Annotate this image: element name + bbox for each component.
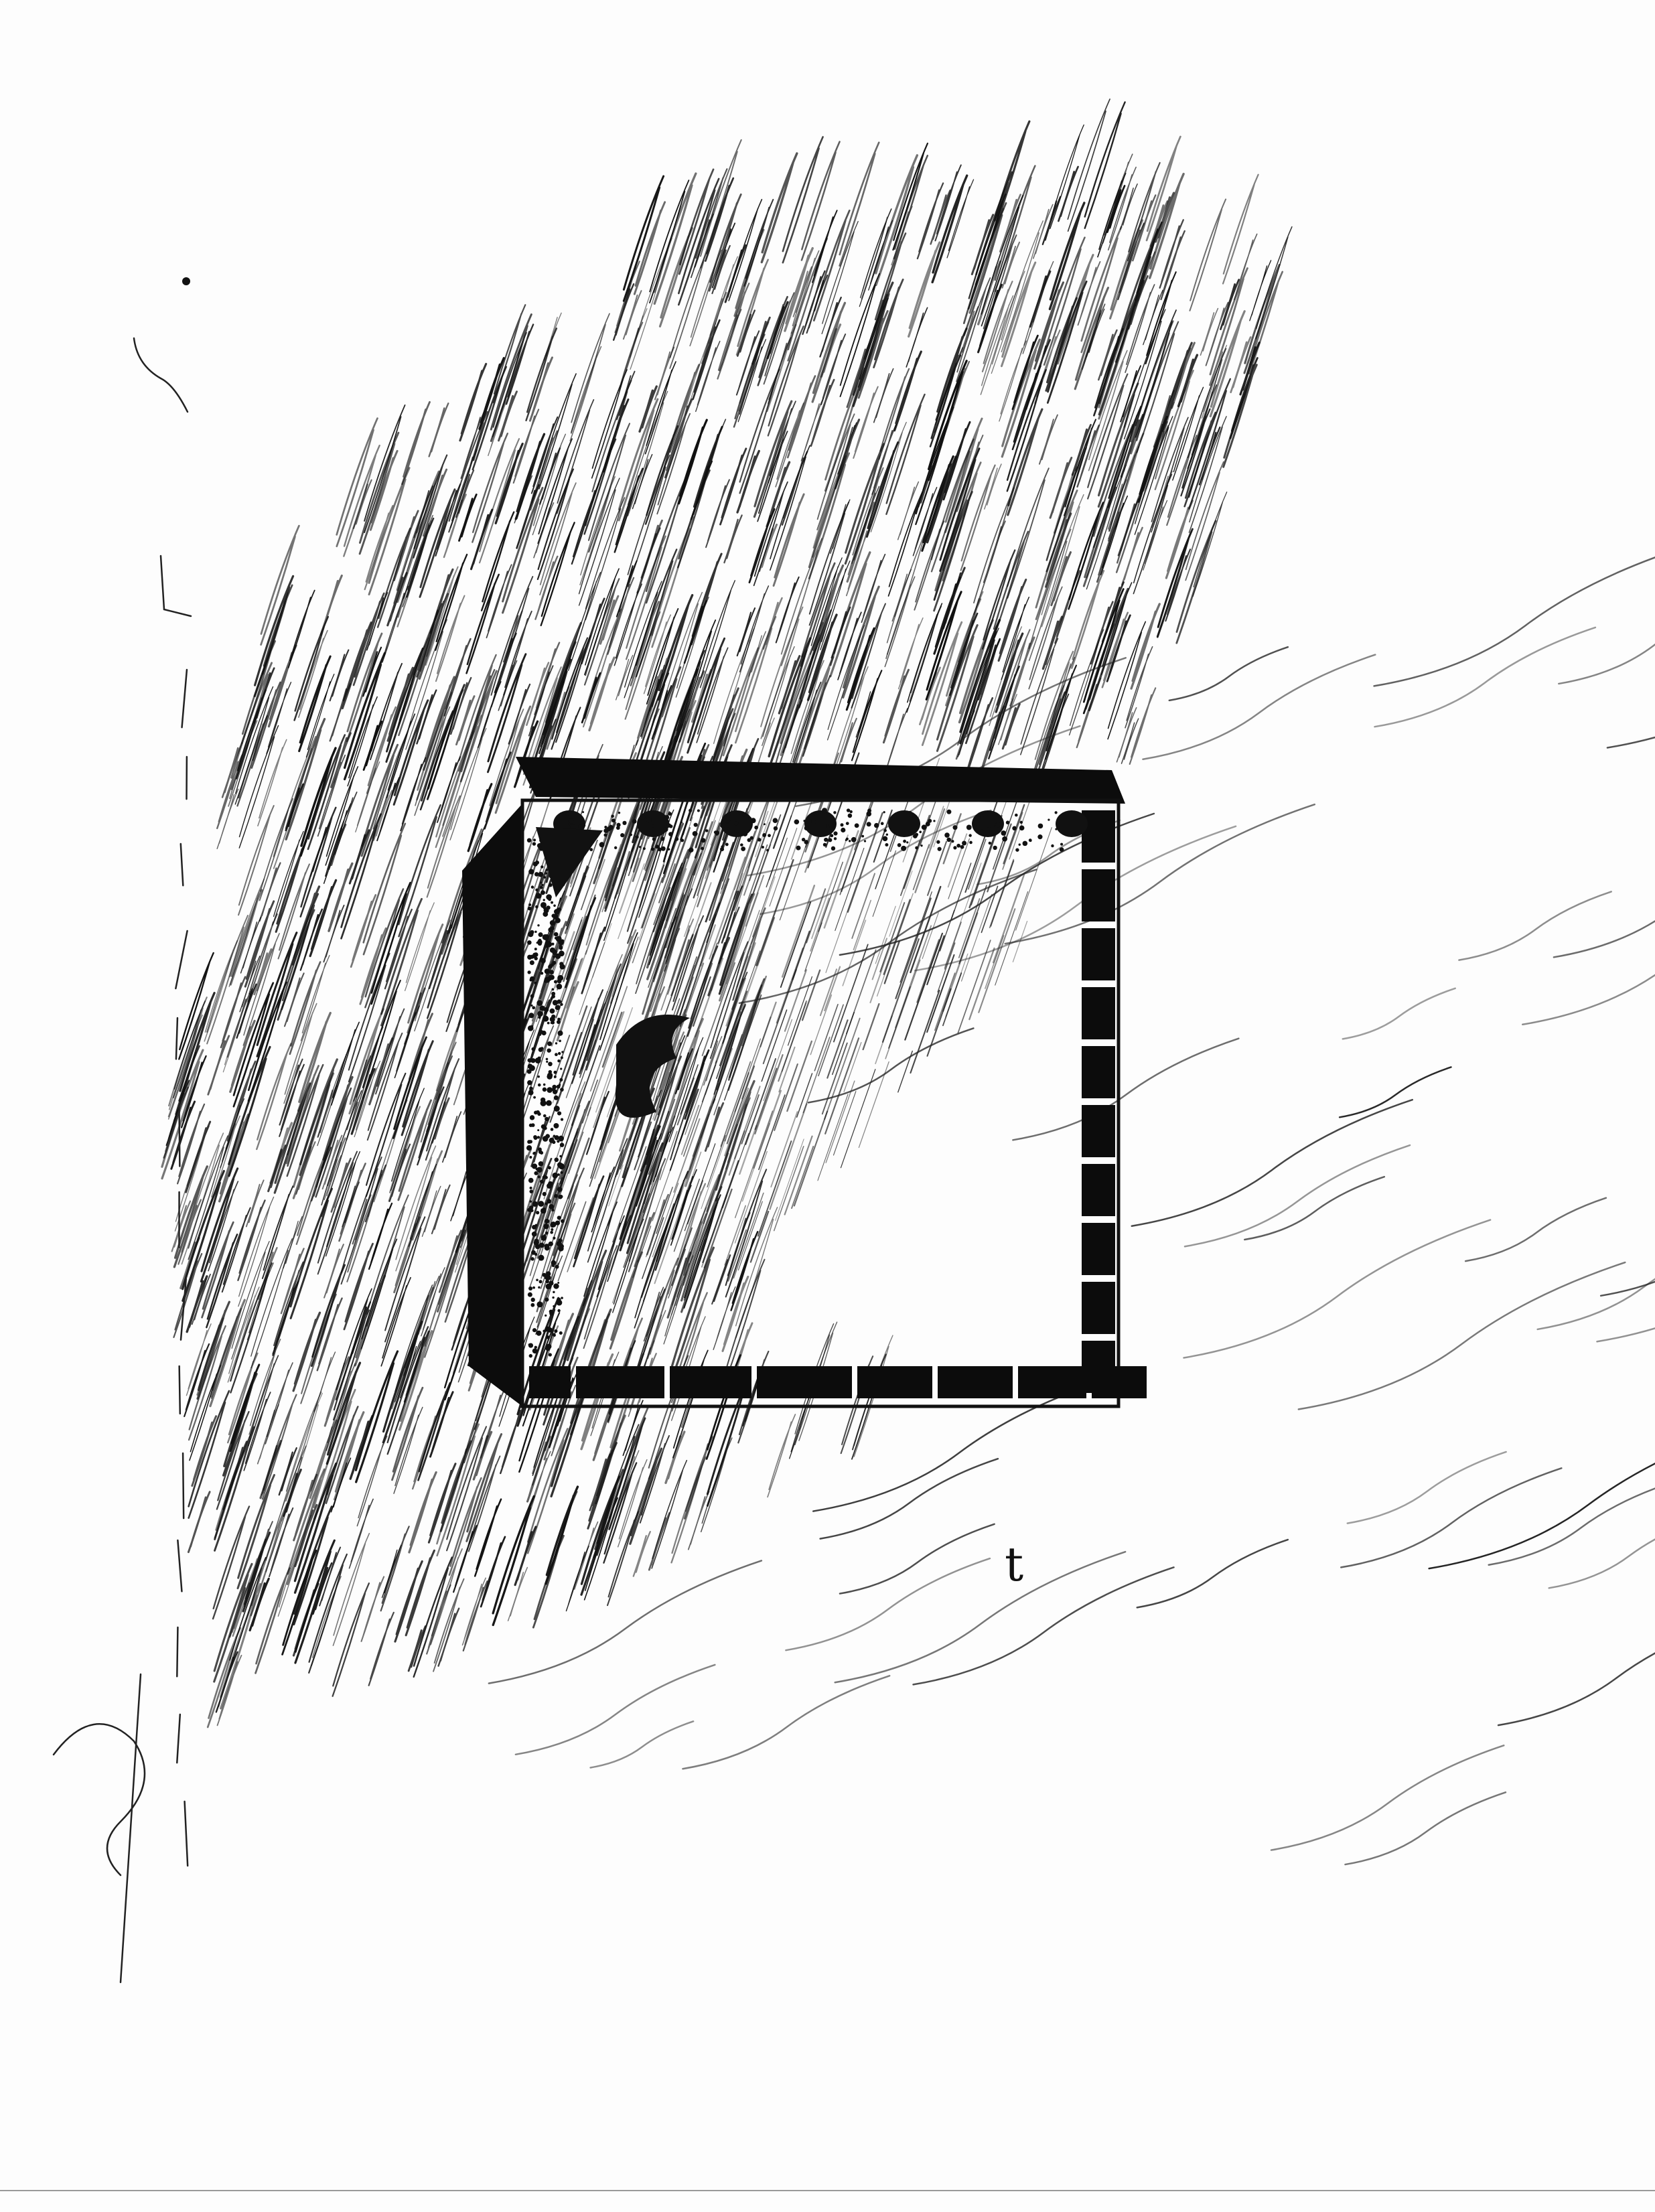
ink-drawing: t	[0, 0, 1655, 2212]
scan-edge-line	[0, 2190, 1655, 2191]
handwritten-mark: t	[1005, 1537, 1023, 1592]
